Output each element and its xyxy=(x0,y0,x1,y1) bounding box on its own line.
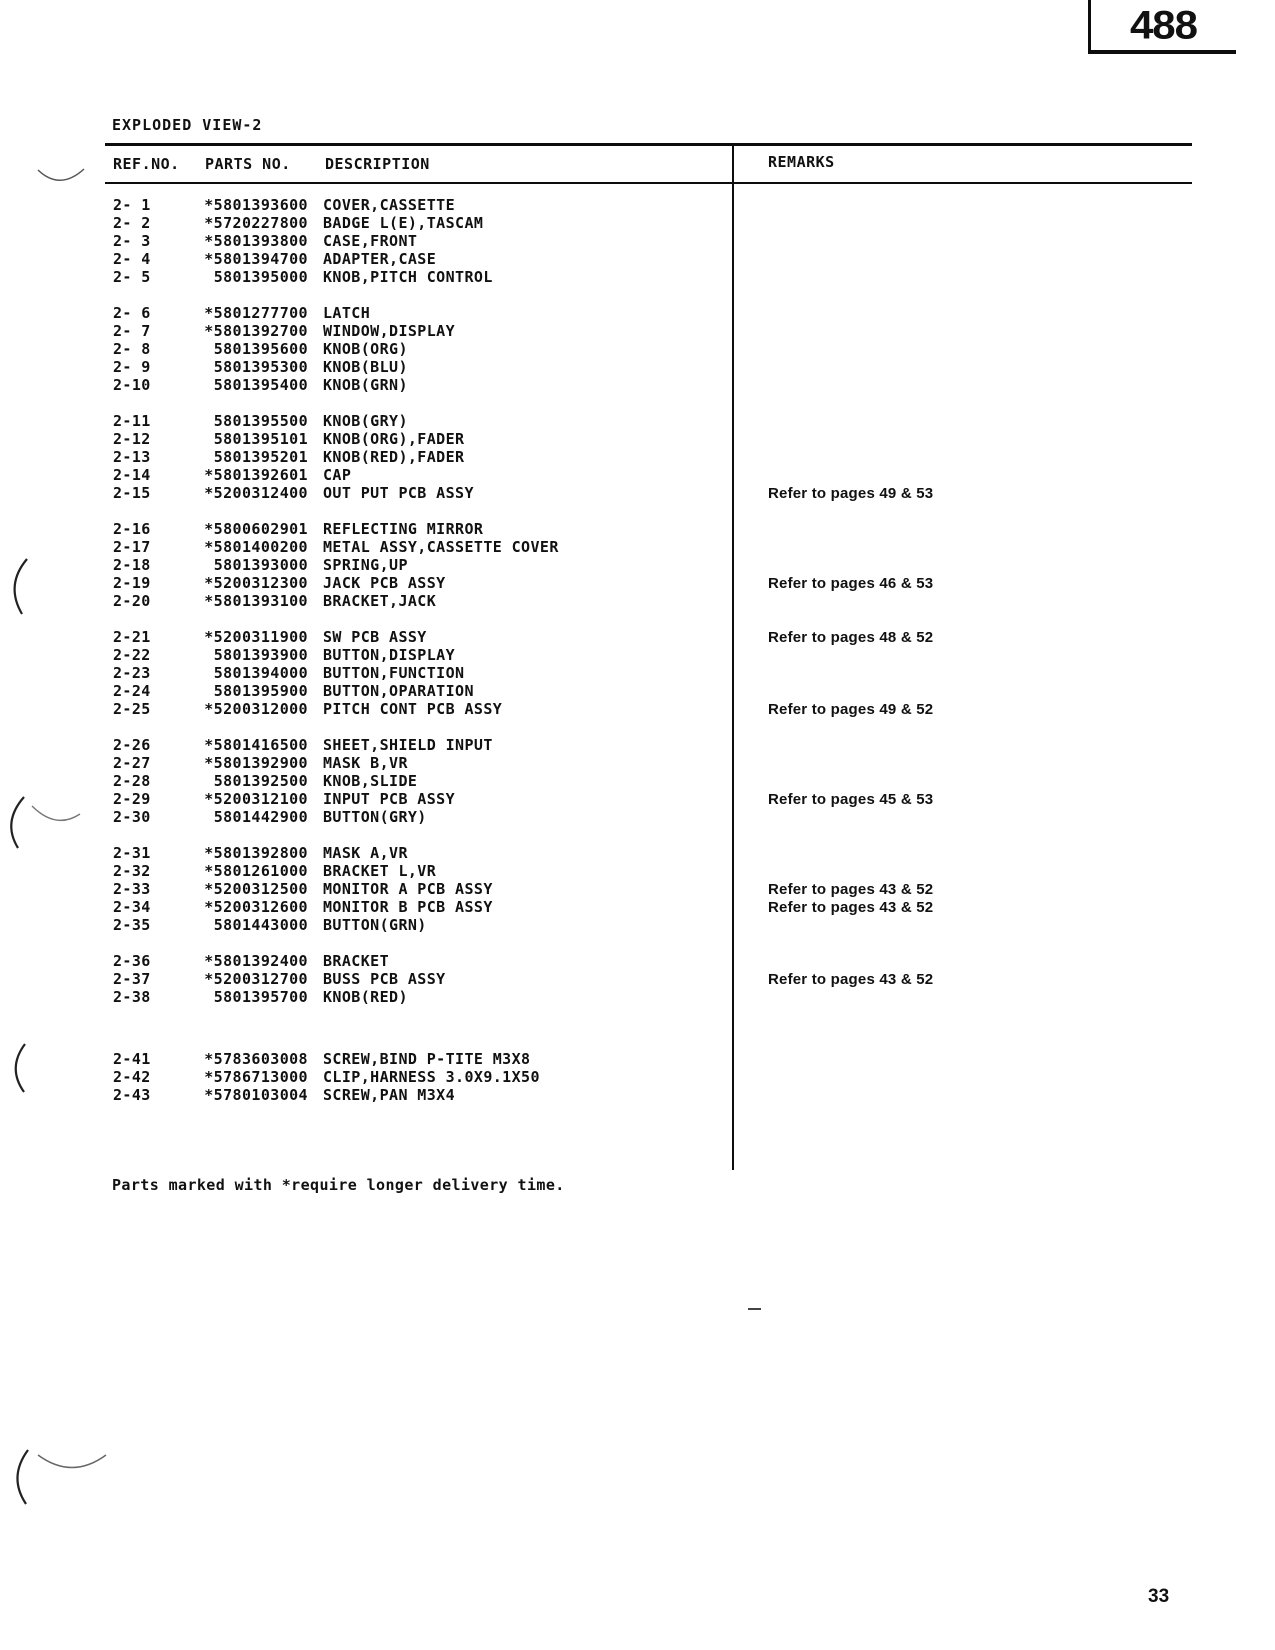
table-row: 2-15*5200312400OUT PUT PCB ASSYRefer to … xyxy=(105,484,1192,502)
table-row: 2- 2*5720227800BADGE L(E),TASCAM xyxy=(105,214,1192,232)
row-group: 2-41*5783603008SCREW,BIND P-TITE M3X82-4… xyxy=(105,1050,1192,1104)
parts-no-cell: 5801393000 xyxy=(195,556,308,574)
description-cell: OUT PUT PCB ASSY xyxy=(323,484,474,502)
description-cell: MONITOR B PCB ASSY xyxy=(323,898,493,916)
ref-no-cell: 2-20 xyxy=(113,592,195,610)
ref-no-cell: 2-43 xyxy=(113,1086,195,1104)
row-group: 2-36*5801392400BRACKET2-37*5200312700BUS… xyxy=(105,952,1192,1006)
description-cell: KNOB(GRN) xyxy=(323,376,408,394)
description-cell: KNOB(BLU) xyxy=(323,358,408,376)
table-row: 2-225801393900BUTTON,DISPLAY xyxy=(105,646,1192,664)
table-row: 2-37*5200312700BUSS PCB ASSYRefer to pag… xyxy=(105,970,1192,988)
table-row: 2- 85801395600KNOB(ORG) xyxy=(105,340,1192,358)
description-cell: CLIP,HARNESS 3.0X9.1X50 xyxy=(323,1068,540,1086)
remarks-column-divider xyxy=(732,143,734,1170)
table-row: 2-245801395900BUTTON,OPARATION xyxy=(105,682,1192,700)
description-cell: KNOB(ORG),FADER xyxy=(323,430,464,448)
parts-no-cell: *5786713000 xyxy=(195,1068,308,1086)
ref-no-cell: 2-12 xyxy=(113,430,195,448)
parts-no-cell: *5801393600 xyxy=(195,196,308,214)
parts-no-cell: 5801395300 xyxy=(195,358,308,376)
ref-no-cell: 2-14 xyxy=(113,466,195,484)
description-cell: INPUT PCB ASSY xyxy=(323,790,455,808)
scan-artifact-mark xyxy=(15,559,27,614)
description-cell: KNOB(RED),FADER xyxy=(323,448,464,466)
parts-no-cell: 5801395700 xyxy=(195,988,308,1006)
ref-no-cell: 2-18 xyxy=(113,556,195,574)
table-row: 2-26*5801416500SHEET,SHIELD INPUT xyxy=(105,736,1192,754)
ref-no-cell: 2- 5 xyxy=(113,268,195,286)
ref-no-cell: 2-38 xyxy=(113,988,195,1006)
remark-cell: Refer to pages 49 & 52 xyxy=(768,701,933,719)
ref-no-cell: 2-25 xyxy=(113,700,195,718)
description-cell: METAL ASSY,CASSETTE COVER xyxy=(323,538,559,556)
remark-cell: Refer to pages 43 & 52 xyxy=(768,971,933,989)
parts-no-cell: *5200312100 xyxy=(195,790,308,808)
ref-no-cell: 2-26 xyxy=(113,736,195,754)
parts-no-cell: *5801416500 xyxy=(195,736,308,754)
ref-no-cell: 2-42 xyxy=(113,1068,195,1086)
ref-no-cell: 2-30 xyxy=(113,808,195,826)
model-number: 488 xyxy=(1130,4,1197,46)
ref-no-cell: 2- 6 xyxy=(113,304,195,322)
table-row: 2-32*5801261000BRACKET L,VR xyxy=(105,862,1192,880)
parts-no-cell: *5783603008 xyxy=(195,1050,308,1068)
table-row: 2-34*5200312600MONITOR B PCB ASSYRefer t… xyxy=(105,898,1192,916)
parts-no-cell: *5801392700 xyxy=(195,322,308,340)
parts-no-cell: *5720227800 xyxy=(195,214,308,232)
header-description: DESCRIPTION xyxy=(325,155,430,173)
table-row: 2-235801394000BUTTON,FUNCTION xyxy=(105,664,1192,682)
ref-no-cell: 2-28 xyxy=(113,772,195,790)
table-row: 2-29*5200312100INPUT PCB ASSYRefer to pa… xyxy=(105,790,1192,808)
description-cell: KNOB,SLIDE xyxy=(323,772,417,790)
parts-no-cell: *5200311900 xyxy=(195,628,308,646)
table-row: 2- 3*5801393800CASE,FRONT xyxy=(105,232,1192,250)
ref-no-cell: 2-37 xyxy=(113,970,195,988)
ref-no-cell: 2-36 xyxy=(113,952,195,970)
description-cell: KNOB,PITCH CONTROL xyxy=(323,268,493,286)
parts-no-cell: 5801395900 xyxy=(195,682,308,700)
table-row: 2-14*5801392601CAP xyxy=(105,466,1192,484)
parts-no-cell: 5801393900 xyxy=(195,646,308,664)
parts-no-cell: *5800602901 xyxy=(195,520,308,538)
description-cell: BRACKET,JACK xyxy=(323,592,436,610)
ref-no-cell: 2-15 xyxy=(113,484,195,502)
table-row: 2-105801395400KNOB(GRN) xyxy=(105,376,1192,394)
table-row: 2-305801442900BUTTON(GRY) xyxy=(105,808,1192,826)
parts-no-cell: 5801395000 xyxy=(195,268,308,286)
table-header-row: REF.NO. PARTS NO. DESCRIPTION REMARKS xyxy=(105,146,1192,184)
scan-artifact-mark xyxy=(11,797,24,848)
description-cell: KNOB(RED) xyxy=(323,988,408,1006)
ref-no-cell: 2- 3 xyxy=(113,232,195,250)
table-row: 2-385801395700KNOB(RED) xyxy=(105,988,1192,1006)
table-row: 2- 6*5801277700LATCH xyxy=(105,304,1192,322)
ref-no-cell: 2-33 xyxy=(113,880,195,898)
parts-no-cell: 5801395400 xyxy=(195,376,308,394)
description-cell: BUTTON,DISPLAY xyxy=(323,646,455,664)
parts-no-cell: 5801395500 xyxy=(195,412,308,430)
ref-no-cell: 2-22 xyxy=(113,646,195,664)
ref-no-cell: 2-11 xyxy=(113,412,195,430)
parts-no-cell: *5801394700 xyxy=(195,250,308,268)
table-row: 2-41*5783603008SCREW,BIND P-TITE M3X8 xyxy=(105,1050,1192,1068)
table-row: 2-16*5800602901REFLECTING MIRROR xyxy=(105,520,1192,538)
ref-no-cell: 2- 8 xyxy=(113,340,195,358)
ref-no-cell: 2-34 xyxy=(113,898,195,916)
ref-no-cell: 2-13 xyxy=(113,448,195,466)
scan-artifact-mark xyxy=(32,806,80,820)
parts-no-cell: *5200312300 xyxy=(195,574,308,592)
parts-no-cell: *5200312500 xyxy=(195,880,308,898)
description-cell: BUTTON(GRN) xyxy=(323,916,427,934)
description-cell: BUTTON,FUNCTION xyxy=(323,664,464,682)
parts-no-cell: *5801392900 xyxy=(195,754,308,772)
table-row: 2-185801393000SPRING,UP xyxy=(105,556,1192,574)
description-cell: SCREW,PAN M3X4 xyxy=(323,1086,455,1104)
description-cell: MASK A,VR xyxy=(323,844,408,862)
table-row: 2-31*5801392800MASK A,VR xyxy=(105,844,1192,862)
description-cell: KNOB(GRY) xyxy=(323,412,408,430)
table-row: 2-285801392500KNOB,SLIDE xyxy=(105,772,1192,790)
table-row: 2-125801395101KNOB(ORG),FADER xyxy=(105,430,1192,448)
header-ref-no: REF.NO. xyxy=(113,155,180,173)
description-cell: BUTTON(GRY) xyxy=(323,808,427,826)
table-row: 2- 1*5801393600COVER,CASSETTE xyxy=(105,196,1192,214)
delivery-footnote: Parts marked with *require longer delive… xyxy=(112,1176,565,1194)
table-row: 2-17*5801400200METAL ASSY,CASSETTE COVER xyxy=(105,538,1192,556)
row-group: 2-26*5801416500SHEET,SHIELD INPUT2-27*58… xyxy=(105,736,1192,826)
description-cell: REFLECTING MIRROR xyxy=(323,520,483,538)
parts-no-cell: 5801395201 xyxy=(195,448,308,466)
parts-no-cell: *5801261000 xyxy=(195,862,308,880)
description-cell: SCREW,BIND P-TITE M3X8 xyxy=(323,1050,530,1068)
ref-no-cell: 2-10 xyxy=(113,376,195,394)
description-cell: ADAPTER,CASE xyxy=(323,250,436,268)
description-cell: BRACKET L,VR xyxy=(323,862,436,880)
parts-no-cell: 5801443000 xyxy=(195,916,308,934)
model-number-box: 488 xyxy=(1088,0,1236,54)
description-cell: PITCH CONT PCB ASSY xyxy=(323,700,502,718)
parts-no-cell: 5801394000 xyxy=(195,664,308,682)
parts-no-cell: *5801277700 xyxy=(195,304,308,322)
scan-artifact-mark xyxy=(38,1455,106,1468)
table-row: 2- 55801395000KNOB,PITCH CONTROL xyxy=(105,268,1192,286)
ref-no-cell: 2- 7 xyxy=(113,322,195,340)
description-cell: SHEET,SHIELD INPUT xyxy=(323,736,493,754)
table-row: 2-19*5200312300JACK PCB ASSYRefer to pag… xyxy=(105,574,1192,592)
remark-cell: Refer to pages 49 & 53 xyxy=(768,485,933,503)
parts-no-cell: *5801392400 xyxy=(195,952,308,970)
ref-no-cell: 2-32 xyxy=(113,862,195,880)
ref-no-cell: 2-35 xyxy=(113,916,195,934)
table-row: 2- 7*5801392700WINDOW,DISPLAY xyxy=(105,322,1192,340)
ref-no-cell: 2-24 xyxy=(113,682,195,700)
table-row: 2- 4*5801394700ADAPTER,CASE xyxy=(105,250,1192,268)
row-group: 2- 1*5801393600COVER,CASSETTE2- 2*572022… xyxy=(105,196,1192,286)
parts-no-cell: *5801393100 xyxy=(195,592,308,610)
table-row: 2-20*5801393100BRACKET,JACK xyxy=(105,592,1192,610)
remark-cell: Refer to pages 43 & 52 xyxy=(768,899,933,917)
remark-cell: Refer to pages 45 & 53 xyxy=(768,791,933,809)
description-cell: BUSS PCB ASSY xyxy=(323,970,446,988)
ref-no-cell: 2-19 xyxy=(113,574,195,592)
parts-no-cell: *5801393800 xyxy=(195,232,308,250)
table-row: 2-355801443000BUTTON(GRN) xyxy=(105,916,1192,934)
ref-no-cell: 2-29 xyxy=(113,790,195,808)
ref-no-cell: 2- 1 xyxy=(113,196,195,214)
header-remarks: REMARKS xyxy=(768,153,835,171)
description-cell: BUTTON,OPARATION xyxy=(323,682,474,700)
description-cell: MASK B,VR xyxy=(323,754,408,772)
ref-no-cell: 2-31 xyxy=(113,844,195,862)
ref-no-cell: 2-27 xyxy=(113,754,195,772)
scan-artifact-mark xyxy=(17,1450,28,1504)
description-cell: COVER,CASSETTE xyxy=(323,196,455,214)
description-cell: SPRING,UP xyxy=(323,556,408,574)
parts-no-cell: *5200312000 xyxy=(195,700,308,718)
description-cell: JACK PCB ASSY xyxy=(323,574,446,592)
ref-no-cell: 2-23 xyxy=(113,664,195,682)
description-cell: WINDOW,DISPLAY xyxy=(323,322,455,340)
description-cell: MONITOR A PCB ASSY xyxy=(323,880,493,898)
table-row: 2-115801395500KNOB(GRY) xyxy=(105,412,1192,430)
parts-no-cell: 5801395600 xyxy=(195,340,308,358)
table-row: 2- 95801395300KNOB(BLU) xyxy=(105,358,1192,376)
scan-artifact-mark xyxy=(16,1044,25,1092)
scan-artifact-mark xyxy=(38,169,84,180)
row-group: 2- 6*5801277700LATCH2- 7*5801392700WINDO… xyxy=(105,304,1192,394)
row-group: 2-16*5800602901REFLECTING MIRROR2-17*580… xyxy=(105,520,1192,610)
description-cell: BRACKET xyxy=(323,952,389,970)
parts-no-cell: *5200312700 xyxy=(195,970,308,988)
ref-no-cell: 2- 9 xyxy=(113,358,195,376)
parts-no-cell: *5200312400 xyxy=(195,484,308,502)
table-row: 2-33*5200312500MONITOR A PCB ASSYRefer t… xyxy=(105,880,1192,898)
row-group: 2-31*5801392800MASK A,VR2-32*5801261000B… xyxy=(105,844,1192,934)
ref-no-cell: 2- 4 xyxy=(113,250,195,268)
ref-no-cell: 2- 2 xyxy=(113,214,195,232)
parts-no-cell: *5801392800 xyxy=(195,844,308,862)
ref-no-cell: 2-17 xyxy=(113,538,195,556)
table-row: 2-25*5200312000PITCH CONT PCB ASSYRefer … xyxy=(105,700,1192,718)
table-row: 2-27*5801392900MASK B,VR xyxy=(105,754,1192,772)
description-cell: CAP xyxy=(323,466,351,484)
document-page: 488 EXPLODED VIEW-2 REF.NO. PARTS NO. DE… xyxy=(0,0,1275,1650)
description-cell: BADGE L(E),TASCAM xyxy=(323,214,483,232)
parts-no-cell: *5200312600 xyxy=(195,898,308,916)
parts-no-cell: *5801400200 xyxy=(195,538,308,556)
parts-no-cell: *5780103004 xyxy=(195,1086,308,1104)
parts-no-cell: 5801392500 xyxy=(195,772,308,790)
section-title: EXPLODED VIEW-2 xyxy=(112,116,262,134)
remark-cell: Refer to pages 46 & 53 xyxy=(768,575,933,593)
table-row: 2-21*5200311900SW PCB ASSYRefer to pages… xyxy=(105,628,1192,646)
table-row: 2-42*5786713000CLIP,HARNESS 3.0X9.1X50 xyxy=(105,1068,1192,1086)
table-row: 2-36*5801392400BRACKET xyxy=(105,952,1192,970)
parts-no-cell: *5801392601 xyxy=(195,466,308,484)
table-row: 2-135801395201KNOB(RED),FADER xyxy=(105,448,1192,466)
ref-no-cell: 2-16 xyxy=(113,520,195,538)
description-cell: CASE,FRONT xyxy=(323,232,417,250)
table-row: 2-43*5780103004SCREW,PAN M3X4 xyxy=(105,1086,1192,1104)
header-parts-no: PARTS NO. xyxy=(205,155,291,173)
remark-cell: Refer to pages 48 & 52 xyxy=(768,629,933,647)
table-body: 2- 1*5801393600COVER,CASSETTE2- 2*572022… xyxy=(105,184,1192,1104)
row-group: 2-115801395500KNOB(GRY)2-125801395101KNO… xyxy=(105,412,1192,502)
description-cell: LATCH xyxy=(323,304,370,322)
parts-no-cell: 5801442900 xyxy=(195,808,308,826)
description-cell: SW PCB ASSY xyxy=(323,628,427,646)
parts-no-cell: 5801395101 xyxy=(195,430,308,448)
ref-no-cell: 2-21 xyxy=(113,628,195,646)
page-number: 33 xyxy=(1148,1586,1169,1608)
ref-no-cell: 2-41 xyxy=(113,1050,195,1068)
parts-table: REF.NO. PARTS NO. DESCRIPTION REMARKS 2-… xyxy=(105,143,1192,1122)
description-cell: KNOB(ORG) xyxy=(323,340,408,358)
row-group: 2-21*5200311900SW PCB ASSYRefer to pages… xyxy=(105,628,1192,718)
remark-cell: Refer to pages 43 & 52 xyxy=(768,881,933,899)
